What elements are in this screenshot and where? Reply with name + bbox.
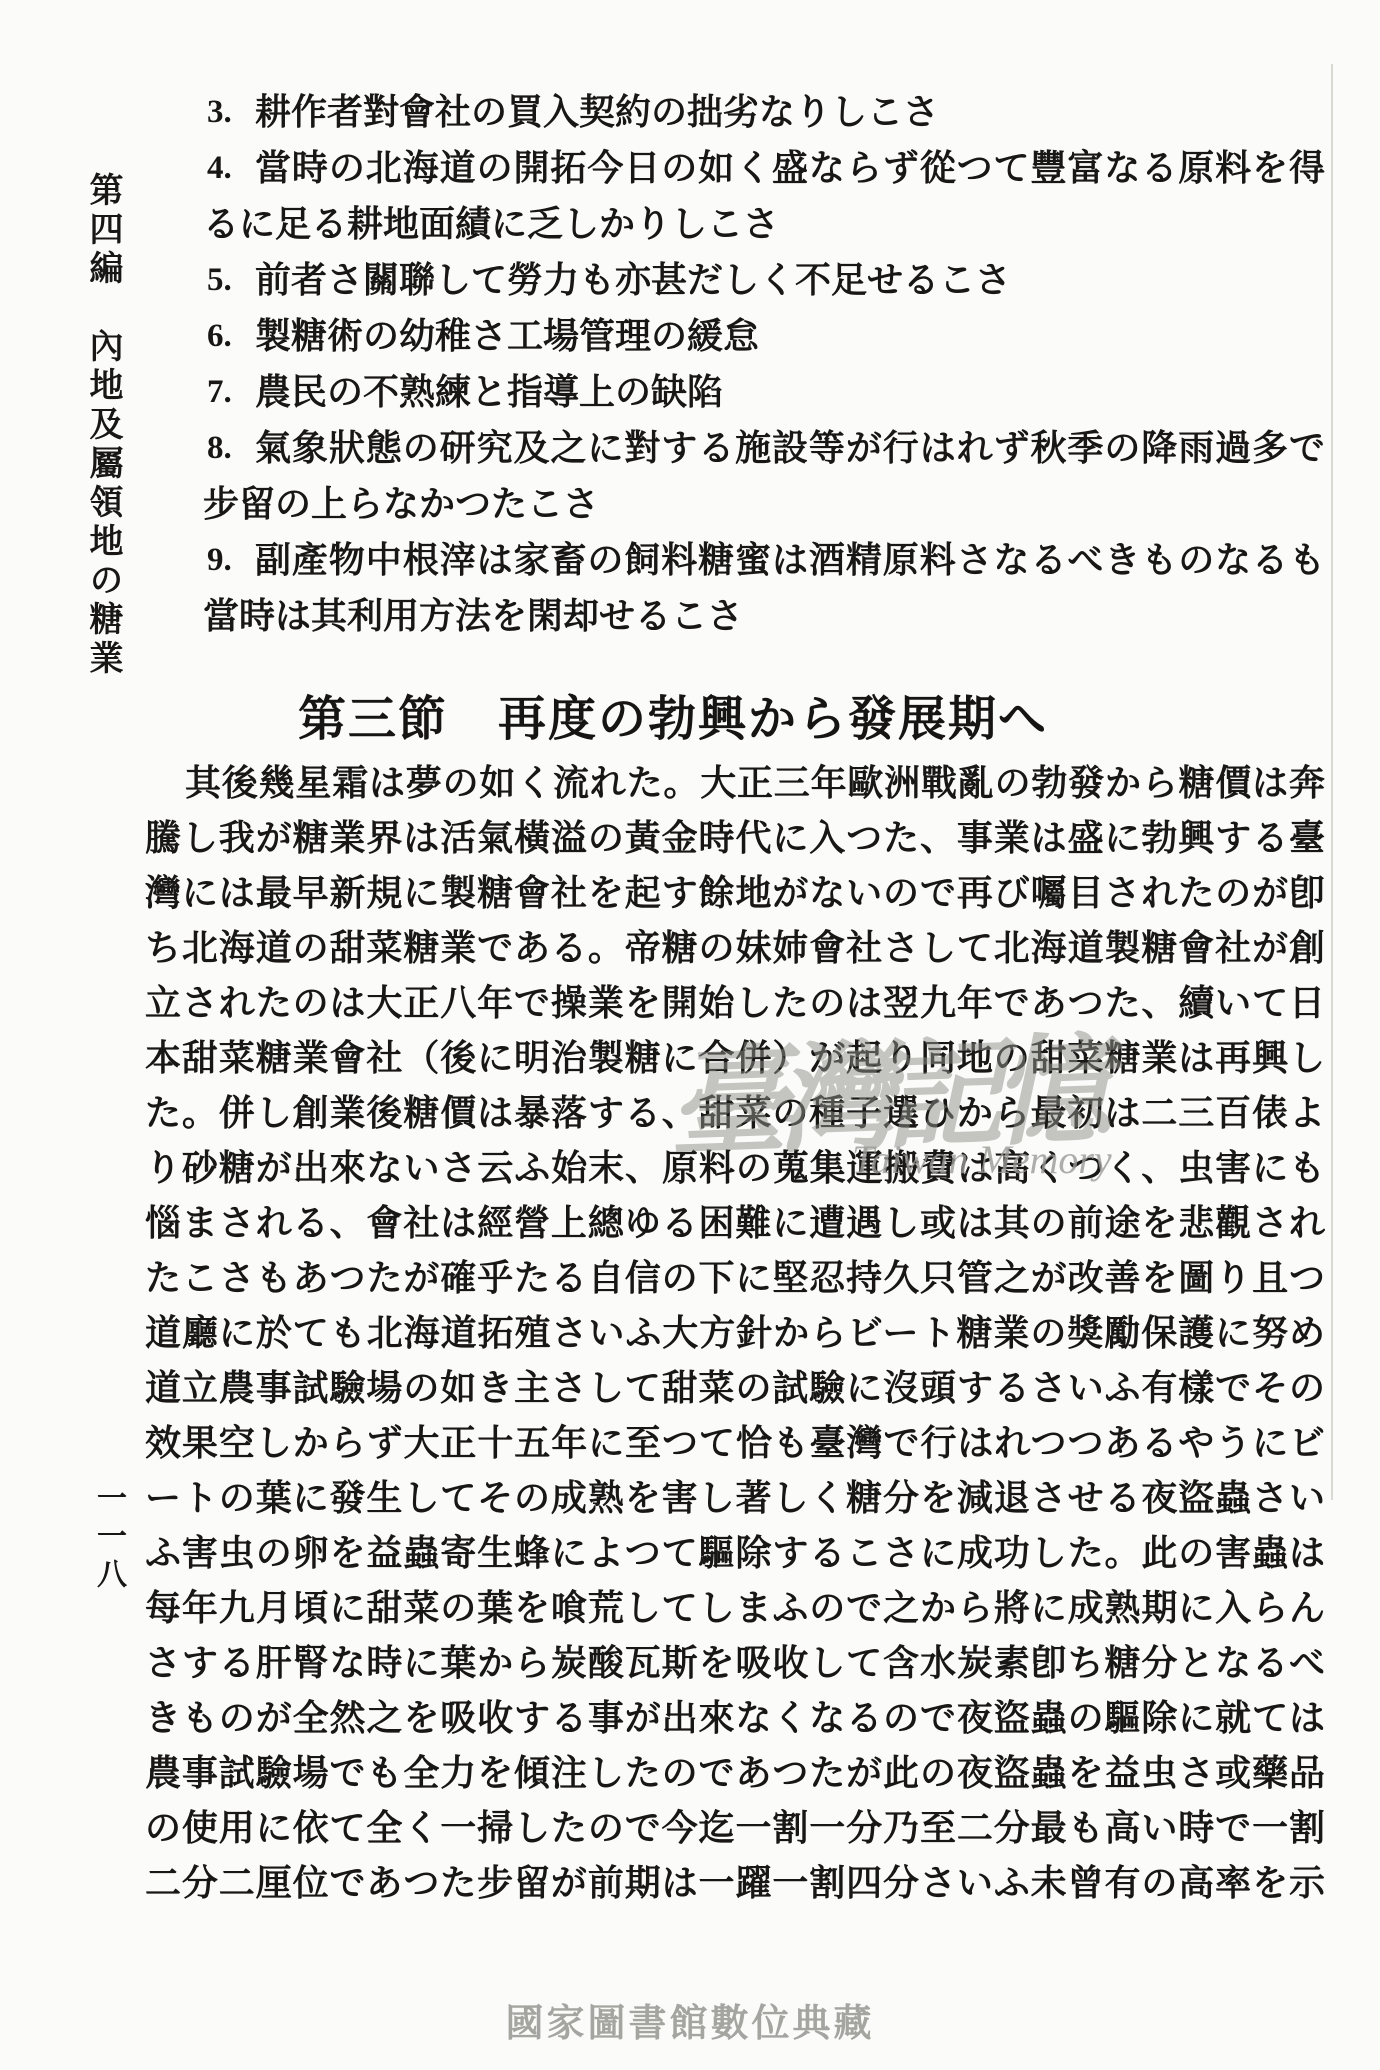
page-number: 一一八 <box>86 1482 130 1596</box>
body-line: 其後幾星霜は夢の如く流れた。大正三年歐洲戰亂の勃發から糖價は奔 <box>145 756 1325 811</box>
list-item-number: 3. <box>207 84 232 140</box>
list-item-text: 氣象狀態の研究及之に對する施設等が行はれず秋季の降雨過多で <box>255 420 1325 476</box>
list-line: 8.氣象狀態の研究及之に對する施設等が行はれず秋季の降雨過多で <box>145 420 1325 476</box>
body-paragraph: 其後幾星霜は夢の如く流れた。大正三年歐洲戰亂の勃發から糖價は奔騰し我が糖業界は活… <box>145 756 1325 1911</box>
body-line: 道廳に於ても北海道拓殖さいふ大方針からビート糖業の獎勵保護に努め <box>145 1306 1325 1361</box>
list-line: 步留の上らなかつたこさ <box>145 476 1325 532</box>
list-item-number: 4. <box>207 140 232 196</box>
body-line: ち北海道の甜菜糖業である。帝糖の妹姉會社さして北海道製糖會社が創 <box>145 921 1325 976</box>
list-item-text: 當時の北海道の開拓今日の如く盛ならず從つて豐富なる原料を得 <box>255 140 1325 196</box>
body-line: たこさもあつたが確乎たる自信の下に堅忍持久只管之が改善を圖り且つ <box>145 1251 1325 1306</box>
scanned-book-page: 第四編 內地及屬領地の糖業 一一八 3.耕作者對會社の買入契約の拙劣なりしこさ4… <box>0 0 1380 2070</box>
margin-chapter-title: 第四編 內地及屬領地の糖業 <box>78 172 127 679</box>
list-item-number: 5. <box>207 252 232 308</box>
list-item-number: 8. <box>207 420 232 476</box>
list-item-text: 步留の上らなかつたこさ <box>203 476 1325 532</box>
body-line: 道立農事試驗場の如き主さして甜菜の試驗に沒頭するさいふ有樣でその <box>145 1361 1325 1416</box>
list-line: 5.前者さ關聯して勞力も亦甚だしく不足せるこさ <box>145 252 1325 308</box>
list-line: 7.農民の不熟練と指導上の缺陷 <box>145 364 1325 420</box>
body-line: 每年九月頃に甜菜の葉を喰荒してしまふので之から將に成熟期に入らん <box>145 1581 1325 1636</box>
footer-caption: 國家圖書館數位典藏 <box>0 1992 1380 2047</box>
list-line: 3.耕作者對會社の買入契約の拙劣なりしこさ <box>145 84 1325 140</box>
list-item-text: 耕作者對會社の買入契約の拙劣なりしこさ <box>255 84 1325 140</box>
body-line: 本甜菜糖業會社（後に明治製糖に合併）が起り同地の甜菜糖業は再興し <box>145 1031 1325 1086</box>
list-item-text: 當時は其利用方法を閑却せるこさ <box>203 588 1325 644</box>
list-line: 9.副產物中根滓は家畜の飼料糖蜜は酒精原料さなるべきものなるも <box>145 532 1325 588</box>
body-line: 立されたのは大正八年で操業を開始したのは翌九年であつた、續いて日 <box>145 976 1325 1031</box>
list-item-number: 6. <box>207 308 232 364</box>
body-line: 二分二厘位であつた步留が前期は一躍一割四分さいふ未曾有の高率を示 <box>145 1856 1325 1911</box>
body-line: 灣には最早新規に製糖會社を起す餘地がないので再び囑目されたのが卽 <box>145 866 1325 921</box>
body-line: 騰し我が糖業界は活氣橫溢の黃金時代に入つた、事業は盛に勃興する臺 <box>145 811 1325 866</box>
body-line: ートの葉に發生してその成熟を害し著しく糖分を減退させる夜盜蟲さい <box>145 1471 1325 1526</box>
list-item-number: 7. <box>207 364 232 420</box>
body-line: た。併し創業後糖價は暴落する、甜菜の種子選ひから最初は二三百俵よ <box>145 1086 1325 1141</box>
body-line: きものが全然之を吸收する事が出來なくなるので夜盜蟲の驅除に就ては <box>145 1691 1325 1746</box>
list-line: 當時は其利用方法を閑却せるこさ <box>145 588 1325 644</box>
body-line: さする肝腎な時に葉から炭酸瓦斯を吸收して含水炭素卽ち糖分となるべ <box>145 1636 1325 1691</box>
body-line: 農事試驗場でも全力を傾注したのであつたが此の夜盜蟲を益虫さ或藥品 <box>145 1746 1325 1801</box>
body-line: 惱まされる、會社は經營上總ゆる困難に遭遇し或は其の前途を悲觀され <box>145 1196 1325 1251</box>
list-line: 4.當時の北海道の開拓今日の如く盛ならず從つて豐富なる原料を得 <box>145 140 1325 196</box>
body-line: の使用に依て全く一掃したので今迄一割一分乃至二分最も高い時で一割 <box>145 1801 1325 1856</box>
list-item-text: 前者さ關聯して勞力も亦甚だしく不足せるこさ <box>255 252 1325 308</box>
list-line: るに足る耕地面績に乏しかりしこさ <box>145 196 1325 252</box>
list-item-text: 製糖術の幼稚さ工場管理の緩怠 <box>255 308 1325 364</box>
section-heading: 第三節 再度の勃興から發展期へ <box>298 680 1048 749</box>
numbered-list: 3.耕作者對會社の買入契約の拙劣なりしこさ4.當時の北海道の開拓今日の如く盛なら… <box>145 84 1325 644</box>
page-edge-line <box>1331 64 1333 1500</box>
body-line: 效果空しからず大正十五年に至つて恰も臺灣で行はれつつあるやうにビ <box>145 1416 1325 1471</box>
body-line: ふ害虫の卵を益蟲寄生蜂によつて驅除するこさに成功した。此の害蟲は <box>145 1526 1325 1581</box>
list-item-text: 副產物中根滓は家畜の飼料糖蜜は酒精原料さなるべきものなるも <box>255 532 1325 588</box>
list-item-text: るに足る耕地面績に乏しかりしこさ <box>203 196 1325 252</box>
list-item-number: 9. <box>207 532 232 588</box>
list-item-text: 農民の不熟練と指導上の缺陷 <box>255 364 1325 420</box>
list-line: 6.製糖術の幼稚さ工場管理の緩怠 <box>145 308 1325 364</box>
body-line: り砂糖が出來ないさ云ふ始末、原料の蒐集運搬費は高くつく、虫害にも <box>145 1141 1325 1196</box>
